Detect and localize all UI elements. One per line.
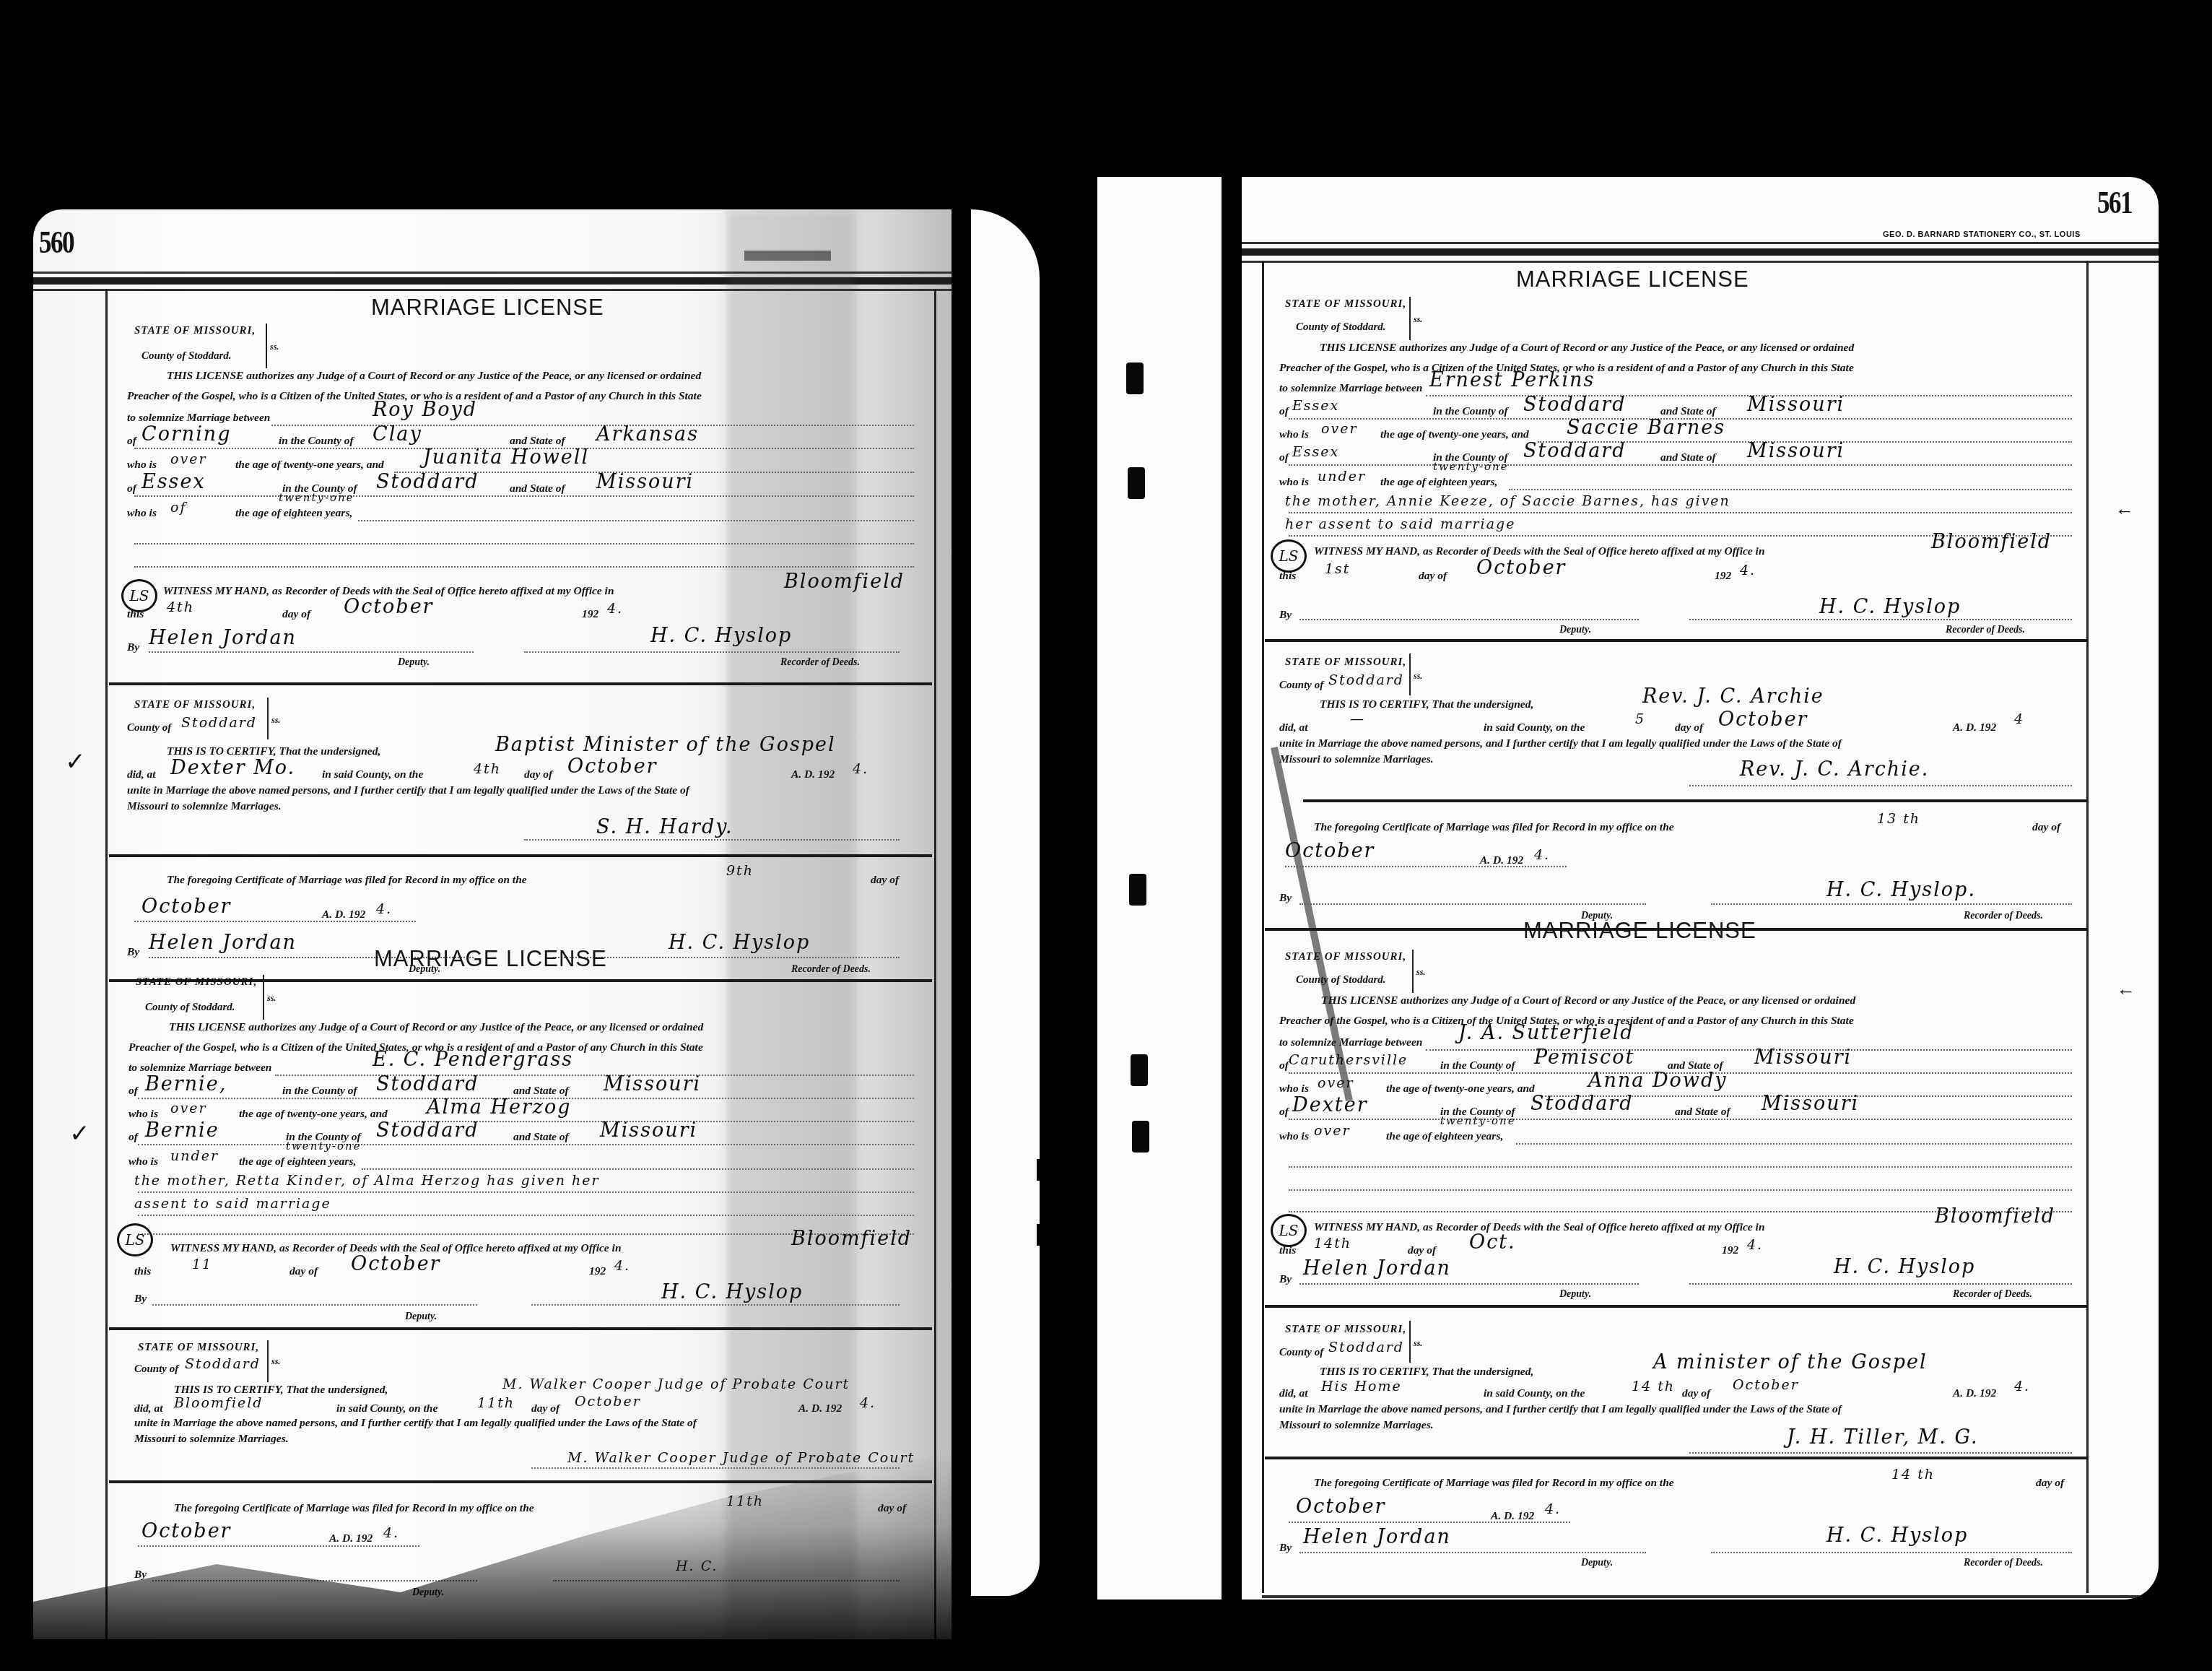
header-rule (1242, 261, 2159, 263)
day-of-label: day of (871, 874, 899, 887)
fill-line (1711, 1552, 2072, 1553)
recorder-label: Recorder of Deeds. (1964, 1558, 2043, 1569)
groom-age-status: over (1321, 421, 1358, 437)
of-label: of (1279, 1106, 1289, 1119)
on-the-label: in said County, on the (336, 1402, 437, 1415)
ceremony-year: 4. (860, 1395, 876, 1411)
brace (261, 324, 267, 368)
filed-year: 4. (1534, 847, 1550, 863)
day-of-label: day of (1408, 1244, 1436, 1257)
county-label: County of Stoddard. (141, 350, 232, 363)
fill-line (1711, 903, 2072, 905)
certify-text: THIS IS TO CERTIFY, That the undersigned… (1320, 1366, 1533, 1379)
groom-name: E. C. Pendergrass (373, 1049, 573, 1071)
county-of-label: in the County of (282, 1085, 357, 1098)
filed-month: October (1285, 840, 1375, 862)
filed-text: The foregoing Certificate of Marriage wa… (1314, 1477, 1674, 1490)
this-label: this (1279, 1244, 1296, 1257)
deputy-label: Deputy. (1559, 1289, 1591, 1301)
age-phrase: the age of eighteen years, (239, 1155, 356, 1168)
groom-town: Bernie, (145, 1073, 227, 1095)
brace (1405, 654, 1411, 695)
officiant-title: Baptist Minister of the Gospel (495, 734, 836, 756)
recorder-signature: H. C. Hyslop (650, 625, 792, 647)
by-label: By (127, 946, 139, 959)
recorder-signature: H. C. Hyslop. (1826, 879, 1976, 901)
by-label: By (134, 1293, 147, 1306)
age-correction: twenty-one (286, 1140, 362, 1153)
seal-ls: LS (1271, 539, 1307, 573)
recorder-label: Recorder of Deeds. (1946, 625, 2025, 636)
day-of-label: day of (2036, 1477, 2064, 1490)
consent-line: the mother, Retta Kinder, of Alma Herzog… (134, 1173, 600, 1189)
fill-line (134, 566, 914, 568)
groom-county: Pemiscot (1534, 1046, 1634, 1069)
section-divider (1265, 1457, 2088, 1459)
deputy-label: Deputy. (398, 657, 430, 669)
preamble-line: THIS LICENSE authorizes any Judge of a C… (1321, 994, 1855, 1007)
did-at-label: did, at (127, 768, 156, 781)
brace (263, 698, 269, 739)
groom-name: J. A. Sutterfield (1458, 1022, 1634, 1044)
state-label: STATE OF MISSOURI, (1285, 1324, 1406, 1336)
age-correction: twenty-one (1440, 1114, 1516, 1127)
age-phrase: the age of twenty-one years, and (235, 459, 384, 472)
fill-line (1299, 1552, 1646, 1553)
of-label: of (1279, 405, 1289, 418)
fill-line (362, 1168, 914, 1170)
age-phrase: the age of eighteen years, (235, 507, 352, 520)
groom-state: Missouri (1747, 394, 1845, 416)
county-value: Stoddard (1328, 672, 1404, 688)
license-title: MARRIAGE LICENSE (1523, 918, 1756, 944)
missouri-text: Missouri to solemnize Marriages. (127, 800, 282, 813)
bride-age-status: under (1318, 469, 1366, 485)
ad-label: A. D. 192 (1953, 1387, 1996, 1400)
officiant-signature: J. H. Tiller, M. G. (1787, 1426, 1979, 1449)
certify-text: THIS IS TO CERTIFY, That the undersigned… (1320, 698, 1533, 711)
deputy-label: Deputy. (1559, 625, 1591, 636)
witness-day: 1st (1325, 561, 1350, 577)
frame-left-line (1262, 261, 1264, 1593)
of-label: of (129, 1131, 138, 1144)
recorder-signature: H. C. Hyslop (1826, 1524, 1968, 1547)
ceremony-place: Bloomfield (174, 1395, 264, 1411)
unite-text: unite in Marriage the above named person… (1279, 737, 1842, 750)
fill-line (138, 1192, 914, 1193)
deputy-signature: Helen Jordan (149, 932, 297, 954)
deputy-signature: Helen Jordan (149, 627, 297, 649)
fill-line (1299, 619, 1639, 620)
fill-line (134, 543, 914, 544)
missouri-text: Missouri to solemnize Marriages. (134, 1433, 289, 1446)
bride-state: Missouri (1762, 1093, 1859, 1115)
binder-hole (1132, 1121, 1149, 1153)
fill-line (138, 1545, 419, 1547)
bride-town: Essex (1292, 444, 1339, 460)
witness-year: 4. (614, 1258, 630, 1274)
bride-age-status: of (170, 500, 186, 516)
by-label: By (1279, 892, 1292, 905)
binder-hole (1131, 1054, 1148, 1086)
fill-line (1689, 1283, 2072, 1285)
scan-smudge (726, 209, 856, 1639)
fill-line (1689, 1452, 2072, 1454)
fill-line (134, 921, 416, 922)
filed-day: 9th (726, 863, 754, 879)
officiant-title: A minister of the Gospel (1653, 1351, 1928, 1373)
of-label: of (1279, 1059, 1289, 1072)
page-tab (1037, 1224, 1050, 1246)
day-of-label: day of (531, 1402, 559, 1415)
witness-day: 11 (192, 1256, 212, 1272)
groom-name: Ernest Perkins (1429, 369, 1595, 391)
filed-day: 14 th (1891, 1467, 1935, 1483)
publisher-imprint: GEO. D. BARNARD STATIONERY CO., ST. LOUI… (1883, 230, 2081, 239)
witness-place: Bloomfield (784, 570, 905, 593)
groom-state: Arkansas (596, 423, 699, 446)
groom-town: Caruthersville (1289, 1052, 1408, 1068)
fill-line (1299, 1283, 1639, 1285)
bride-state: Missouri (600, 1119, 697, 1142)
frame-right-line (934, 289, 936, 1639)
section-divider (109, 854, 932, 857)
officiant-signature: M. Walker Cooper Judge of Probate Court (567, 1450, 915, 1466)
fill-line (138, 1144, 914, 1145)
fill-line (138, 1215, 914, 1216)
fill-line (1509, 489, 2072, 490)
ceremony-month: October (1733, 1377, 1799, 1393)
bride-county: Stoddard (1523, 440, 1626, 462)
who-is-label: who is (129, 1155, 158, 1168)
consent-line: the mother, Annie Keeze, of Saccie Barne… (1285, 493, 1730, 509)
fill-line (524, 839, 900, 841)
county-label: County of Stoddard. (1296, 974, 1386, 986)
did-at-label: did, at (1279, 721, 1308, 734)
county-value: Stoddard (1328, 1340, 1404, 1355)
page-tab (1037, 1159, 1050, 1181)
witness-month: October (344, 596, 434, 618)
missouri-text: Missouri to solemnize Marriages. (1279, 753, 1434, 766)
header-rule (1242, 248, 2159, 256)
license-title: MARRIAGE LICENSE (374, 946, 607, 972)
ceremony-day: 11th (477, 1395, 515, 1411)
ss-mark: ss. (271, 1356, 280, 1367)
groom-county: Stoddard (1523, 394, 1626, 416)
binder-strip (1097, 177, 1222, 1600)
fill-line (524, 651, 900, 653)
day-of-label: day of (524, 768, 552, 781)
bride-name: Alma Herzog (427, 1096, 572, 1119)
ceremony-place: Dexter Mo. (170, 757, 295, 779)
ss-mark: ss. (271, 715, 280, 726)
witness-year: 4. (1747, 1237, 1763, 1253)
preamble-line: THIS LICENSE authorizes any Judge of a C… (167, 370, 701, 383)
filed-text: The foregoing Certificate of Marriage wa… (167, 874, 527, 887)
ad-label: A. D. 192 (329, 1532, 373, 1545)
day-of-label: day of (1419, 570, 1447, 583)
witness-day: 14th (1314, 1236, 1351, 1251)
section-divider (109, 1327, 932, 1330)
recorder-label: Recorder of Deeds. (1953, 1289, 2032, 1301)
by-label: By (127, 641, 139, 654)
witness-year: 4. (1740, 563, 1756, 578)
groom-county: Stoddard (376, 1073, 479, 1095)
ad-label: A. D. 192 (1953, 721, 1996, 734)
unite-text: unite in Marriage the above named person… (134, 1417, 697, 1430)
brace (1408, 950, 1414, 993)
by-label: By (1279, 609, 1292, 622)
fill-line (271, 425, 914, 426)
brace (258, 975, 264, 1020)
did-at-label: did, at (134, 1402, 163, 1415)
brace (1405, 297, 1411, 340)
seal-ls: LS (1271, 1214, 1307, 1247)
filed-month: October (141, 895, 232, 918)
age-phrase: the age of eighteen years, (1386, 1130, 1503, 1143)
consent-line: her assent to said marriage (1285, 516, 1515, 532)
recorder-label: Recorder of Deeds. (780, 657, 860, 669)
who-is-label: who is (127, 507, 157, 520)
ss-mark: ss. (270, 342, 279, 352)
witness-text: WITNESS MY HAND, as Recorder of Deeds wi… (1314, 1221, 1765, 1234)
who-is-label: who is (1279, 476, 1309, 489)
day-of-label: day of (2032, 821, 2060, 834)
preamble-line: THIS LICENSE authorizes any Judge of a C… (169, 1021, 703, 1034)
frame-right-line (2086, 261, 2089, 1593)
ceremony-year: 4. (853, 761, 868, 777)
ad-label: A. D. 192 (322, 908, 365, 921)
deputy-label: Deputy. (1581, 1558, 1613, 1569)
ceremony-day: 14 th (1632, 1379, 1675, 1394)
frame-left-line (105, 289, 108, 1639)
ceremony-year: 4 (2014, 711, 2024, 727)
fill-line (1289, 512, 2072, 513)
of-label: of (127, 482, 136, 495)
ad-label: A. D. 192 (798, 1402, 842, 1415)
of-label: of (129, 1085, 138, 1098)
state-of-label: and State of (1660, 451, 1716, 464)
groom-town: Corning (141, 423, 232, 446)
state-of-label: and State of (510, 482, 565, 495)
fill-line (152, 1304, 477, 1306)
fill-line (1689, 619, 2072, 620)
age-correction: twenty-one (279, 491, 354, 504)
missouri-text: Missouri to solemnize Marriages. (1279, 1419, 1434, 1432)
unite-text: unite in Marriage the above named person… (127, 784, 689, 797)
checkmark-icon: ✓ (65, 747, 86, 776)
section-divider (109, 682, 932, 685)
of-label: of (127, 435, 136, 448)
did-at-label: did, at (1279, 1387, 1308, 1400)
day-of-label: day of (1675, 721, 1703, 734)
between-label: to solemnize Marriage between (1279, 1036, 1422, 1049)
binder-hole (1126, 363, 1144, 394)
age-phrase: the age of twenty-one years, and (1380, 428, 1529, 441)
age-phrase: the age of twenty-one years, and (239, 1108, 388, 1121)
recorder-signature: H. C. Hyslop (661, 1281, 803, 1303)
bride-name: Juanita Howell (423, 446, 589, 469)
fill-line (1289, 464, 2072, 466)
recorder-signature: H. C. Hyslop (1819, 596, 1961, 618)
this-label: this (127, 608, 144, 621)
bride-county: Stoddard (1530, 1093, 1633, 1115)
age-phrase: the age of eighteen years, (1380, 476, 1497, 489)
fill-line (275, 1075, 914, 1076)
this-label: this (134, 1265, 151, 1278)
brace (263, 1340, 269, 1382)
witness-place: Bloomfield (1931, 531, 2052, 553)
witness-month: October (1476, 557, 1567, 579)
state-of-label: and State of (1675, 1106, 1730, 1119)
ceremony-day: 5 (1635, 711, 1645, 727)
witness-place: Bloomfield (791, 1228, 912, 1250)
officiant-signature: Rev. J. C. Archie. (1740, 758, 1929, 781)
filed-year: 4. (1545, 1501, 1561, 1517)
brace (1405, 1321, 1411, 1363)
on-the-label: in said County, on the (322, 768, 423, 781)
bride-age-status: under (170, 1148, 219, 1164)
groom-state: Missouri (1754, 1046, 1852, 1069)
binder-hole (1128, 467, 1145, 499)
fill-line (1516, 1143, 2072, 1145)
groom-county: Clay (373, 423, 422, 446)
ss-mark: ss. (1416, 967, 1425, 978)
year-label: 192 (582, 608, 598, 621)
fill-line (1299, 903, 1646, 905)
state-label: STATE OF MISSOURI, (134, 325, 256, 337)
bride-town: Dexter (1292, 1094, 1368, 1116)
recorder-signature: H. C. Hyslop (669, 932, 810, 954)
county-prefix: County of (127, 722, 171, 734)
state-label: STATE OF MISSOURI, (1285, 951, 1406, 963)
left-page: 560 MARRIAGE LICENSE STATE OF MISSOURI, … (33, 209, 952, 1639)
who-is-label: who is (127, 459, 157, 472)
witness-place: Bloomfield (1935, 1205, 2055, 1228)
section-divider (1303, 799, 2086, 802)
checkmark-icon: ✓ (69, 1119, 90, 1148)
margin-arrow-icon: ← (2117, 978, 2135, 1000)
filed-text: The foregoing Certificate of Marriage wa… (174, 1502, 534, 1515)
ceremony-place: His Home (1321, 1379, 1402, 1394)
day-of-label: day of (289, 1265, 318, 1278)
day-of-label: day of (1682, 1387, 1710, 1400)
license-title: MARRIAGE LICENSE (371, 295, 604, 321)
state-of-label: and State of (513, 1131, 569, 1144)
witness-month: October (351, 1253, 441, 1275)
ad-label: A. D. 192 (1491, 1510, 1534, 1523)
seal-ls: LS (117, 1223, 153, 1256)
bride-county: Stoddard (376, 1119, 479, 1142)
bride-state: Missouri (1747, 440, 1845, 462)
filed-day: 13 th (1877, 811, 1920, 827)
state-label: STATE OF MISSOURI, (1285, 656, 1406, 669)
groom-age-status: over (1318, 1075, 1354, 1091)
deputy-signature: Helen Jordan (1303, 1526, 1451, 1548)
groom-town: Essex (1292, 398, 1339, 414)
fill-line (531, 1467, 900, 1469)
ss-mark: ss. (267, 993, 276, 1004)
bride-state: Missouri (596, 471, 694, 493)
state-label: STATE OF MISSOURI, (138, 1342, 259, 1354)
filed-text: The foregoing Certificate of Marriage wa… (1314, 821, 1674, 834)
county-of-label: in the County of (1440, 1059, 1515, 1072)
age-correction: twenty-one (1433, 460, 1509, 473)
state-label: STATE OF MISSOURI, (134, 699, 256, 711)
by-label: By (1279, 1273, 1292, 1286)
fill-line (1426, 1049, 2072, 1051)
county-prefix: County of (1279, 680, 1323, 692)
county-prefix: County of (1279, 1347, 1323, 1359)
bride-town: Essex (141, 471, 206, 493)
bride-town: Bernie (145, 1119, 219, 1142)
officiant-title: Rev. J. C. Archie (1642, 685, 1824, 708)
county-of-label: in the County of (1433, 405, 1508, 418)
section-divider (1265, 639, 2088, 642)
fill-line (1285, 866, 1567, 867)
right-page: 561 GEO. D. BARNARD STATIONERY CO., ST. … (1242, 177, 2159, 1600)
fill-line (531, 1304, 900, 1306)
on-the-label: in said County, on the (1484, 1387, 1585, 1400)
filed-year: 4. (383, 1525, 399, 1541)
filed-month: October (141, 1520, 232, 1542)
year-label: 192 (1722, 1244, 1738, 1257)
ceremony-place: — (1350, 711, 1365, 727)
who-is-label: who is (1279, 1130, 1309, 1143)
bottom-rule (1262, 1595, 2159, 1598)
fill-line (1289, 1166, 2072, 1168)
bride-name: Saccie Barnes (1567, 417, 1725, 439)
state-label: STATE OF MISSOURI, (136, 976, 257, 989)
of-label: of (1279, 451, 1289, 464)
groom-age-status: over (170, 451, 207, 467)
consent-line: assent to said marriage (134, 1196, 331, 1212)
by-label: By (1279, 1542, 1292, 1555)
ss-mark: ss. (1414, 671, 1422, 682)
bride-age-status: over (1314, 1123, 1351, 1139)
groom-age-status: over (170, 1101, 207, 1116)
witness-month: Oct. (1469, 1231, 1516, 1254)
header-rule (1242, 242, 2159, 244)
county-value: Stoddard (185, 1356, 261, 1372)
deputy-signature: Helen Jordan (1303, 1257, 1451, 1280)
ss-mark: ss. (1414, 1338, 1422, 1349)
deputy-label: Deputy. (405, 1311, 437, 1323)
county-prefix: County of (134, 1363, 178, 1376)
unite-text: unite in Marriage the above named person… (1279, 1403, 1842, 1416)
ceremony-month: October (575, 1394, 641, 1410)
recorder-label: Recorder of Deeds. (791, 964, 871, 976)
license-title: MARRIAGE LICENSE (1516, 266, 1749, 292)
page-number: 560 (39, 224, 74, 261)
county-label: County of Stoddard. (145, 1002, 235, 1014)
filed-year: 4. (376, 901, 392, 917)
bride-county: Stoddard (376, 471, 479, 493)
fill-line (1289, 1119, 2072, 1120)
groom-state: Missouri (604, 1073, 701, 1095)
state-label: STATE OF MISSOURI, (1285, 298, 1406, 311)
ad-label: A. D. 192 (791, 768, 835, 781)
county-of-label: in the County of (279, 435, 354, 448)
section-divider (1265, 1305, 2088, 1308)
margin-arrow-icon: ← (2115, 498, 2134, 520)
officiant-signature: S. H. Hardy. (596, 816, 733, 838)
fill-line (1289, 1189, 2072, 1191)
county-value: Stoddard (181, 715, 257, 731)
between-label: to solemnize Marriage between (1279, 382, 1422, 395)
recorder-signature: H. C. Hyslop (1834, 1256, 1975, 1278)
preamble-line: THIS LICENSE authorizes any Judge of a C… (1320, 342, 1854, 355)
